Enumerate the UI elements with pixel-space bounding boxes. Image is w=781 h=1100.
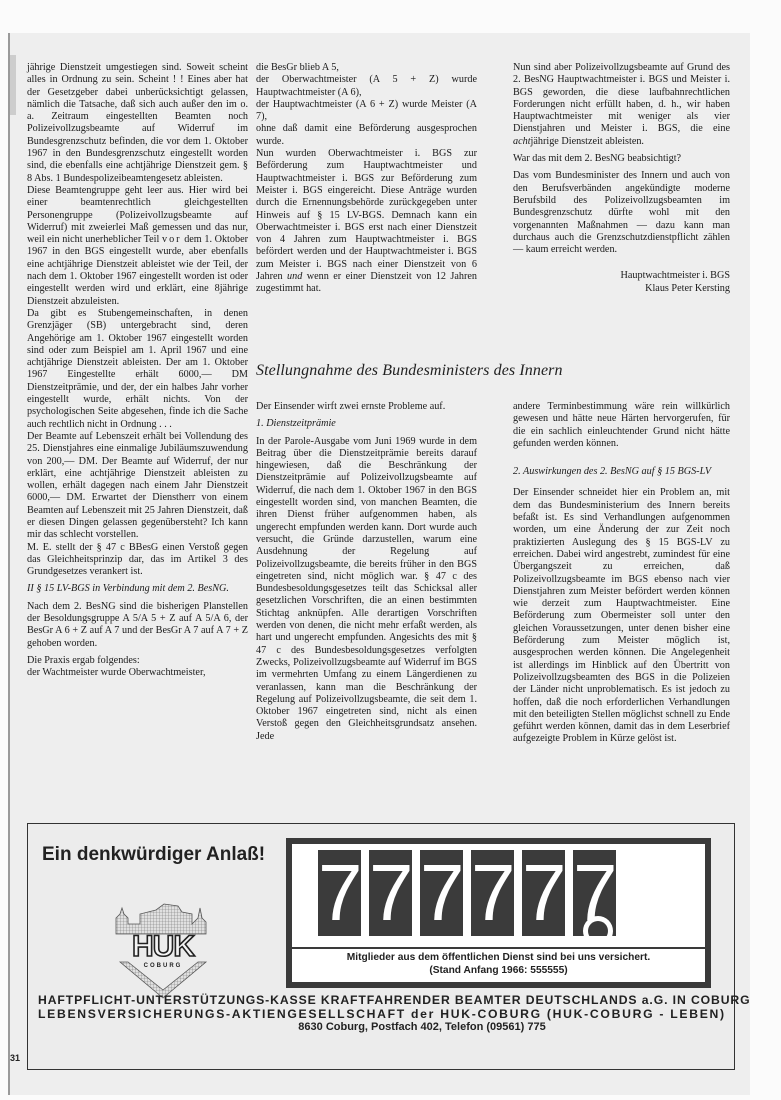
paragraph: der Oberwachtmeister (A 5 + Z) wurde Hau…: [256, 74, 477, 99]
counter-digit: 7: [369, 850, 412, 936]
paragraph: jährige Dienstzeit umgestiegen sind. Sow…: [27, 62, 248, 185]
paragraph: Der Einsender schneidet hier ein Problem…: [513, 487, 730, 745]
subheading-auswirkungen: 2. Auswirkungen des 2. BesNG auf § 15 BG…: [513, 466, 730, 478]
emphasis-acht: acht: [513, 136, 531, 147]
ad-title: Ein denkwürdiger Anlaß!: [42, 844, 265, 866]
huk-coburg-logo-icon: HUK COBURG: [108, 894, 218, 999]
paragraph: Der Einsender wirft zwei ernste Probleme…: [256, 401, 477, 413]
page-number: 31: [10, 1053, 20, 1063]
paragraph: Da gibt es Stubengemeinschaften, in dene…: [27, 308, 248, 431]
scan-shadow: [10, 55, 16, 115]
paragraph: Nach dem 2. BesNG sind die bisherigen Pl…: [27, 601, 248, 650]
paragraph: andere Terminbestimmung wäre rein willkü…: [513, 401, 730, 450]
paragraph: Nun sind aber Polizeivollzugsbeamte auf …: [513, 62, 730, 148]
response-column-2: andere Terminbestimmung wäre rein willkü…: [513, 401, 730, 746]
emphasis-und: und: [287, 271, 302, 282]
counter-digits: 7 7 7 7 7 7: [318, 850, 616, 936]
svg-text:COBURG: COBURG: [144, 963, 183, 969]
counter-digit: 7: [471, 850, 514, 936]
letter-column-3: Nun sind aber Polizeivollzugsbeamte auf …: [513, 62, 730, 295]
paragraph: der Wachtmeister wurde Oberwachtmeister,: [27, 667, 248, 679]
signature-name: Klaus Peter Kersting: [513, 283, 730, 295]
counter-digit-rolling: 7: [573, 850, 616, 936]
counter-digit: 7: [318, 850, 361, 936]
paragraph: Nun wurden Oberwachtmeister i. BGS zur B…: [256, 148, 477, 296]
paragraph: ohne daß damit eine Beförderung ausgespr…: [256, 123, 477, 148]
signature-rank: Hauptwachtmeister i. BGS: [513, 270, 730, 282]
divider: [292, 947, 705, 949]
response-column-1: Der Einsender wirft zwei ernste Probleme…: [256, 401, 477, 743]
paragraph: der Hauptwachtmeister (A 6 + Z) wurde Me…: [256, 99, 477, 124]
member-counter: 7 7 7 7 7 7 Mitglieder aus dem öffentlic…: [286, 838, 711, 988]
paragraph: die BesGr blieb A 5,: [256, 62, 477, 74]
company-address: 8630 Coburg, Postfach 402, Telefon (0956…: [118, 1021, 726, 1033]
ad-company-info: HAFTPFLICHT-UNTERSTÜTZUNGS-KASSE KRAFTFA…: [38, 993, 726, 1033]
company-name-line-2: LEBENSVERSICHERUNGS-AKTIENGESELLSCHAFT d…: [38, 1007, 726, 1021]
subheading-dienstzeitpraemie: 1. Dienstzeitprämie: [256, 418, 477, 430]
paragraph: In der Parole-Ausgabe vom Juni 1969 wurd…: [256, 436, 477, 743]
huk-advertisement: Ein denkwürdiger Anlaß! HUK COBURG 7 7 7…: [27, 823, 735, 1070]
letter-column-2: die BesGr blieb A 5, der Oberwachtmeiste…: [256, 62, 477, 296]
counter-caption: Mitglieder aus dem öffentlichen Dienst s…: [292, 952, 705, 977]
paragraph: Das vom Bundesminister des Innern und au…: [513, 170, 730, 256]
counter-digit: 7: [420, 850, 463, 936]
paragraph: Die Praxis ergab folgendes:: [27, 655, 248, 667]
company-name-line-1: HAFTPFLICHT-UNTERSTÜTZUNGS-KASSE KRAFTFA…: [38, 993, 726, 1007]
signature: Hauptwachtmeister i. BGS Klaus Peter Ker…: [513, 270, 730, 295]
counter-digit: 7: [522, 850, 565, 936]
paragraph: Der Beamte auf Lebenszeit erhält bei Vol…: [27, 431, 248, 542]
response-heading: Stellungnahme des Bundesministers des In…: [256, 362, 563, 380]
emphasis-vor: vor: [162, 234, 182, 245]
paragraph: M. E. stellt der § 47 c BBesG einen Vers…: [27, 542, 248, 579]
letter-column-1: jährige Dienstzeit umgestiegen sind. Sow…: [27, 62, 248, 680]
paragraph: Diese Beamtengruppe geht leer aus. Hier …: [27, 185, 248, 308]
svg-text:HUK: HUK: [132, 930, 195, 963]
section-heading-ii: II § 15 LV-BGS in Verbindung mit dem 2. …: [27, 583, 248, 595]
question: War das mit dem 2. BesNG beabsichtigt?: [513, 153, 730, 165]
